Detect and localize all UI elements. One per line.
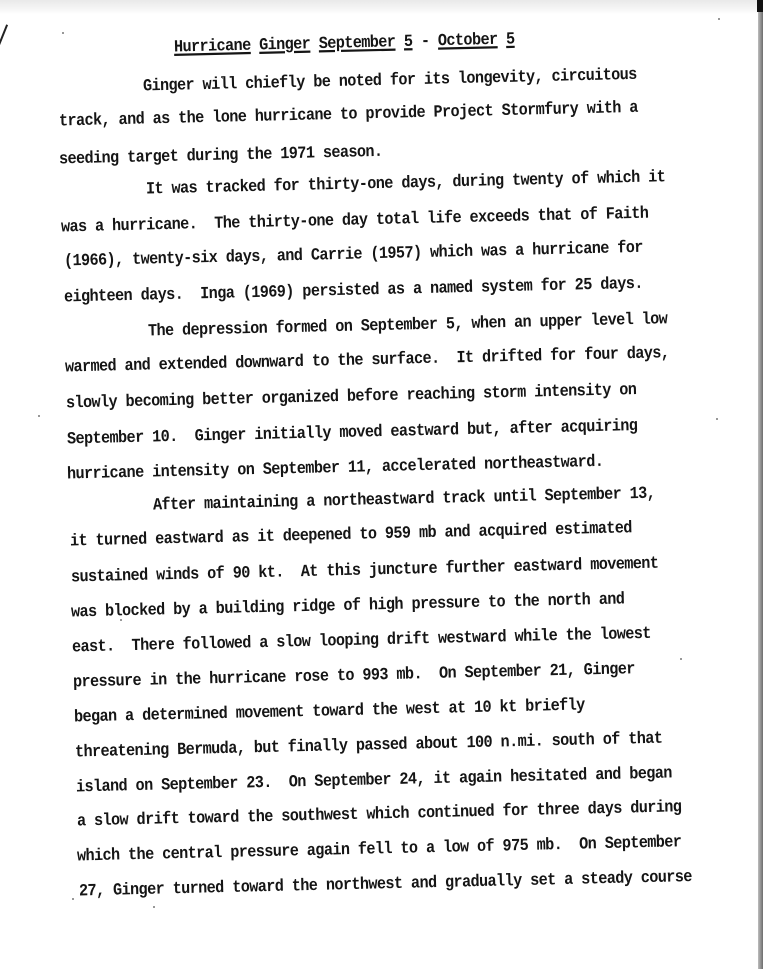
title-word: Hurricane [174, 35, 251, 57]
paragraph-4-line-6: pressure in the hurricane rose to 993 mb… [73, 659, 635, 692]
scan-speck [718, 18, 720, 20]
paragraph-3-line-1: The depression formed on September 5, wh… [148, 309, 668, 341]
paragraph-2-line-4: eighteen days. Inga (1969) persisted as … [64, 273, 643, 307]
paragraph-4-line-8: threatening Bermuda, but finally passed … [75, 728, 663, 762]
scan-speck [62, 32, 64, 34]
paragraph-3-line-3: slowly becoming better organized before … [66, 379, 637, 413]
scan-speck [222, 77, 224, 79]
paragraph-4-line-10: a slow drift toward the southwest which … [77, 797, 682, 831]
title-word: October [438, 29, 498, 51]
scan-top-shadow [0, 0, 763, 14]
paragraph-2-line-3: (1966), twenty-six days, and Carrie (195… [64, 237, 643, 271]
paragraph-4-line-9: island on September 23. On September 24,… [76, 763, 672, 797]
paragraph-1-line-2: track, and as the lone hurricane to prov… [59, 97, 638, 131]
title-dash: - [421, 31, 430, 51]
paragraph-2-line-2: was a hurricane. The thirty-one day tota… [61, 203, 649, 237]
paragraph-1-line-1: Ginger will chiefly be noted for its lon… [143, 64, 637, 96]
paragraph-4-line-1: After maintaining a northeastward track … [153, 483, 656, 515]
paragraph-4-line-3: sustained winds of 90 kt. At this junctu… [71, 553, 659, 587]
paragraph-4-line-11: which the central pressure again fell to… [77, 832, 682, 866]
paragraph-2-line-1: It was tracked for thirty-one days, duri… [146, 167, 666, 199]
margin-pen-mark [0, 24, 8, 45]
title-word: 5 [404, 31, 413, 51]
title-word: September [318, 32, 395, 54]
paragraph-3-line-2: warmed and extended downward to the surf… [65, 343, 670, 377]
scan-speck [38, 415, 40, 417]
paragraph-3-line-5: hurricane intensity on September 11, acc… [67, 451, 604, 484]
paragraph-4-line-12: 27, Ginger turned toward the northwest a… [79, 866, 692, 901]
scan-right-edge [758, 0, 763, 969]
scan-speck [153, 906, 155, 908]
scan-speck [716, 418, 718, 420]
scan-speck [72, 898, 74, 900]
paragraph-4-line-2: it turned eastward as it deepened to 959… [70, 518, 632, 551]
page-title: Hurricane Ginger September 5 - October 5 [174, 29, 515, 57]
scan-speck [680, 658, 682, 660]
title-word: 5 [506, 29, 515, 49]
paragraph-4-line-7: began a determined movement toward the w… [74, 695, 585, 727]
scan-corner-mark [757, 0, 763, 12]
paragraph-4-line-5: east. There followed a slow looping drif… [72, 623, 651, 657]
title-word: Ginger [259, 34, 311, 55]
paragraph-4-line-4: was blocked by a building ridge of high … [71, 589, 625, 622]
paragraph-3-line-4: September 10. Ginger initially moved eas… [67, 415, 638, 449]
paragraph-1-line-3: seeding target during the 1971 season. [59, 141, 383, 169]
scan-speck [120, 619, 122, 621]
